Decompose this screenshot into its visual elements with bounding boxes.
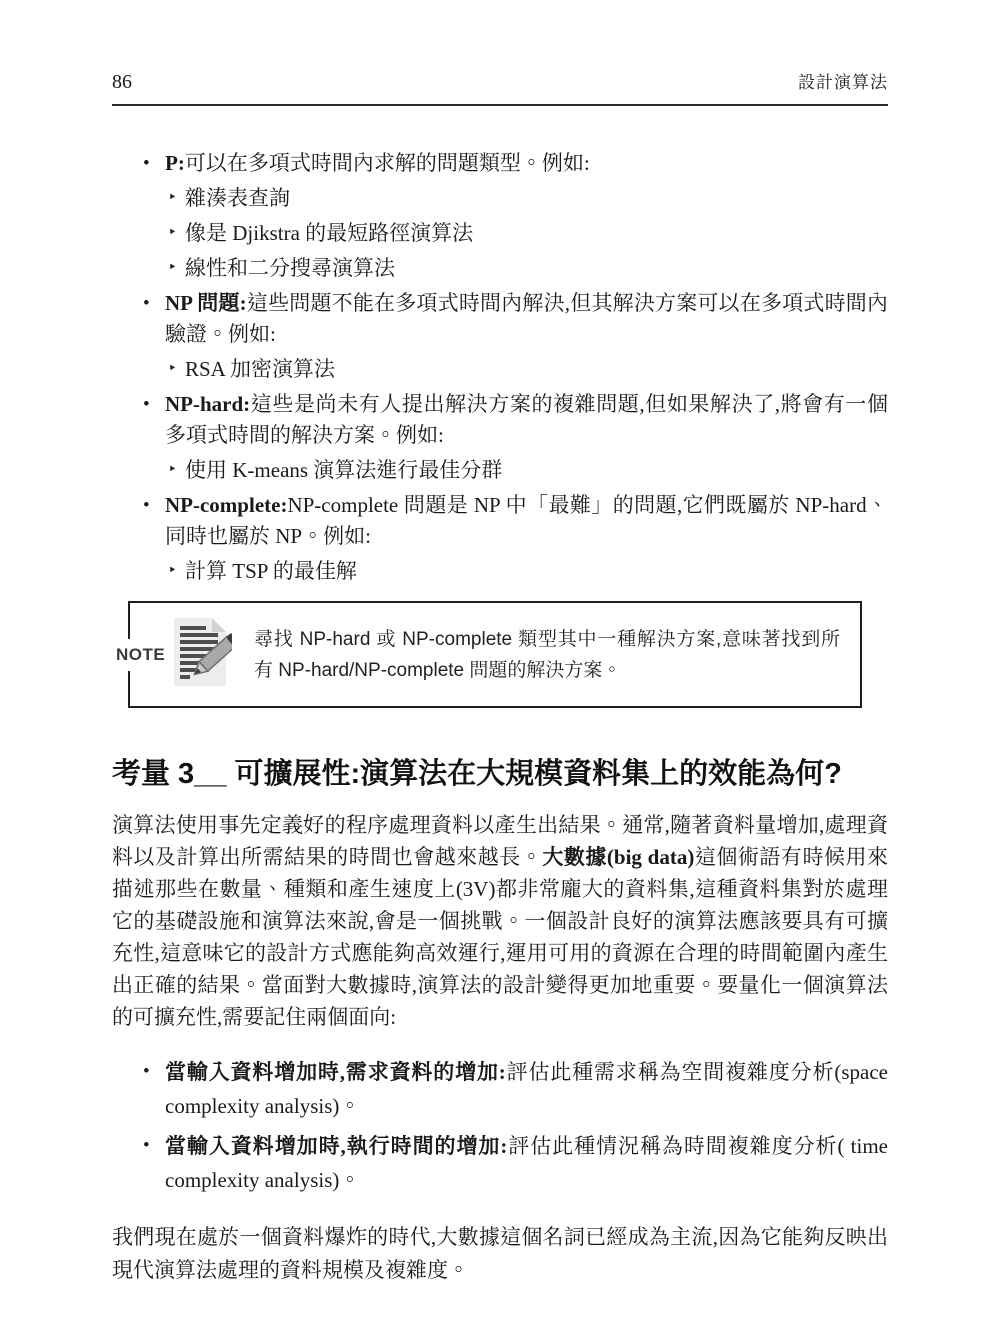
example-text: 雜湊表查詢 <box>185 183 888 214</box>
list-item: • P:可以在多項式時間內求解的問題類型。例如: <box>112 148 888 179</box>
running-header: 86 設計演算法 <box>112 70 888 95</box>
section-heading: 考量 3__ 可擴展性:演算法在大規模資料集上的效能為何? <box>112 754 888 794</box>
term-label: NP 問題: <box>165 291 247 315</box>
bullet-icon: • <box>143 288 165 350</box>
list-item: • NP 問題:這些問題不能在多項式時間內解決,但其解決方案可以在多項式時間內驗… <box>112 288 888 350</box>
term-label: P: <box>165 151 185 175</box>
list-item: ‣ 線性和二分搜尋演算法 <box>112 253 888 284</box>
list-item: ‣ 像是 Djikstra 的最短路徑演算法 <box>112 218 888 249</box>
term-label: NP-complete: <box>165 493 287 517</box>
note-label: NOTE <box>113 639 168 671</box>
bullet-icon: • <box>143 389 165 451</box>
header-rule <box>112 104 888 106</box>
triangle-bullet-icon: ‣ <box>168 218 185 249</box>
triangle-bullet-icon: ‣ <box>168 183 185 214</box>
list-item-text: NP-hard:這些是尚未有人提出解決方案的複雜問題,但如果解決了,將會有一個多… <box>165 389 888 451</box>
list-item-text: NP 問題:這些問題不能在多項式時間內解決,但其解決方案可以在多項式時間內驗證。… <box>165 288 888 350</box>
list-item-text: NP-complete:NP-complete 問題是 NP 中「最難」的問題,… <box>165 490 888 552</box>
complexity-class-list: • P:可以在多項式時間內求解的問題類型。例如: ‣ 雜湊表查詢 ‣ 像是 Dj… <box>112 148 888 587</box>
list-item: ‣ 雜湊表查詢 <box>112 183 888 214</box>
list-item-text: 當輸入資料增加時,執行時間的增加:評估此種情況稱為時間複雜度分析( time c… <box>165 1129 888 1197</box>
paragraph-run: 這個術語有時候用來描述那些在數量、種類和產生速度上(3V)都非常龐大的資料集,這… <box>112 845 888 1029</box>
note-text: 尋找 NP-hard 或 NP-complete 類型其中一種解決方案,意味著找… <box>254 624 840 686</box>
triangle-bullet-icon: ‣ <box>168 556 185 587</box>
term-label: 當輸入資料增加時,需求資料的增加: <box>165 1060 506 1084</box>
list-item: • NP-hard:這些是尚未有人提出解決方案的複雜問題,但如果解決了,將會有一… <box>112 389 888 451</box>
section-intro-paragraph: 演算法使用事先定義好的程序處理資料以產生出結果。通常,隨著資料量增加,處理資料以… <box>112 809 888 1033</box>
list-item: • NP-complete:NP-complete 問題是 NP 中「最難」的問… <box>112 490 888 552</box>
document-pencil-icon <box>168 616 232 693</box>
page-number: 86 <box>112 70 132 94</box>
list-item-text: P:可以在多項式時間內求解的問題類型。例如: <box>165 148 888 179</box>
term-label: 當輸入資料增加時,執行時間的增加: <box>165 1134 507 1158</box>
triangle-bullet-icon: ‣ <box>168 455 185 486</box>
example-text: 像是 Djikstra 的最短路徑演算法 <box>185 218 888 249</box>
list-item: ‣ 計算 TSP 的最佳解 <box>112 556 888 587</box>
scalability-aspects-list: • 當輸入資料增加時,需求資料的增加:評估此種需求稱為空間複雜度分析(space… <box>112 1055 888 1197</box>
example-text: RSA 加密演算法 <box>185 354 888 385</box>
example-text: 使用 K-means 演算法進行最佳分群 <box>185 455 888 486</box>
bullet-icon: • <box>143 1129 165 1197</box>
triangle-bullet-icon: ‣ <box>168 253 185 284</box>
list-item: • 當輸入資料增加時,需求資料的增加:評估此種需求稱為空間複雜度分析(space… <box>112 1055 888 1123</box>
running-title: 設計演算法 <box>798 71 888 95</box>
example-text: 計算 TSP 的最佳解 <box>185 556 888 587</box>
triangle-bullet-icon: ‣ <box>168 354 185 385</box>
closing-paragraph: 我們現在處於一個資料爆炸的時代,大數據這個名詞已經成為主流,因為它能夠反映出現代… <box>112 1221 888 1287</box>
book-page: 86 設計演算法 • P:可以在多項式時間內求解的問題類型。例如: ‣ 雜湊表查… <box>0 0 1000 1341</box>
example-text: 線性和二分搜尋演算法 <box>185 253 888 284</box>
bullet-icon: • <box>143 490 165 552</box>
list-item: ‣ RSA 加密演算法 <box>112 354 888 385</box>
list-item-text: 當輸入資料增加時,需求資料的增加:評估此種需求稱為空間複雜度分析(space c… <box>165 1055 888 1123</box>
note-callout: NOTE 尋找 NP-hard 或 NP <box>128 601 862 708</box>
list-item: ‣ 使用 K-means 演算法進行最佳分群 <box>112 455 888 486</box>
bullet-icon: • <box>143 148 165 179</box>
term-label: NP-hard: <box>165 392 250 416</box>
bullet-icon: • <box>143 1055 165 1123</box>
big-data-term: 大數據(big data) <box>542 845 694 869</box>
list-item: • 當輸入資料增加時,執行時間的增加:評估此種情況稱為時間複雜度分析( time… <box>112 1129 888 1197</box>
